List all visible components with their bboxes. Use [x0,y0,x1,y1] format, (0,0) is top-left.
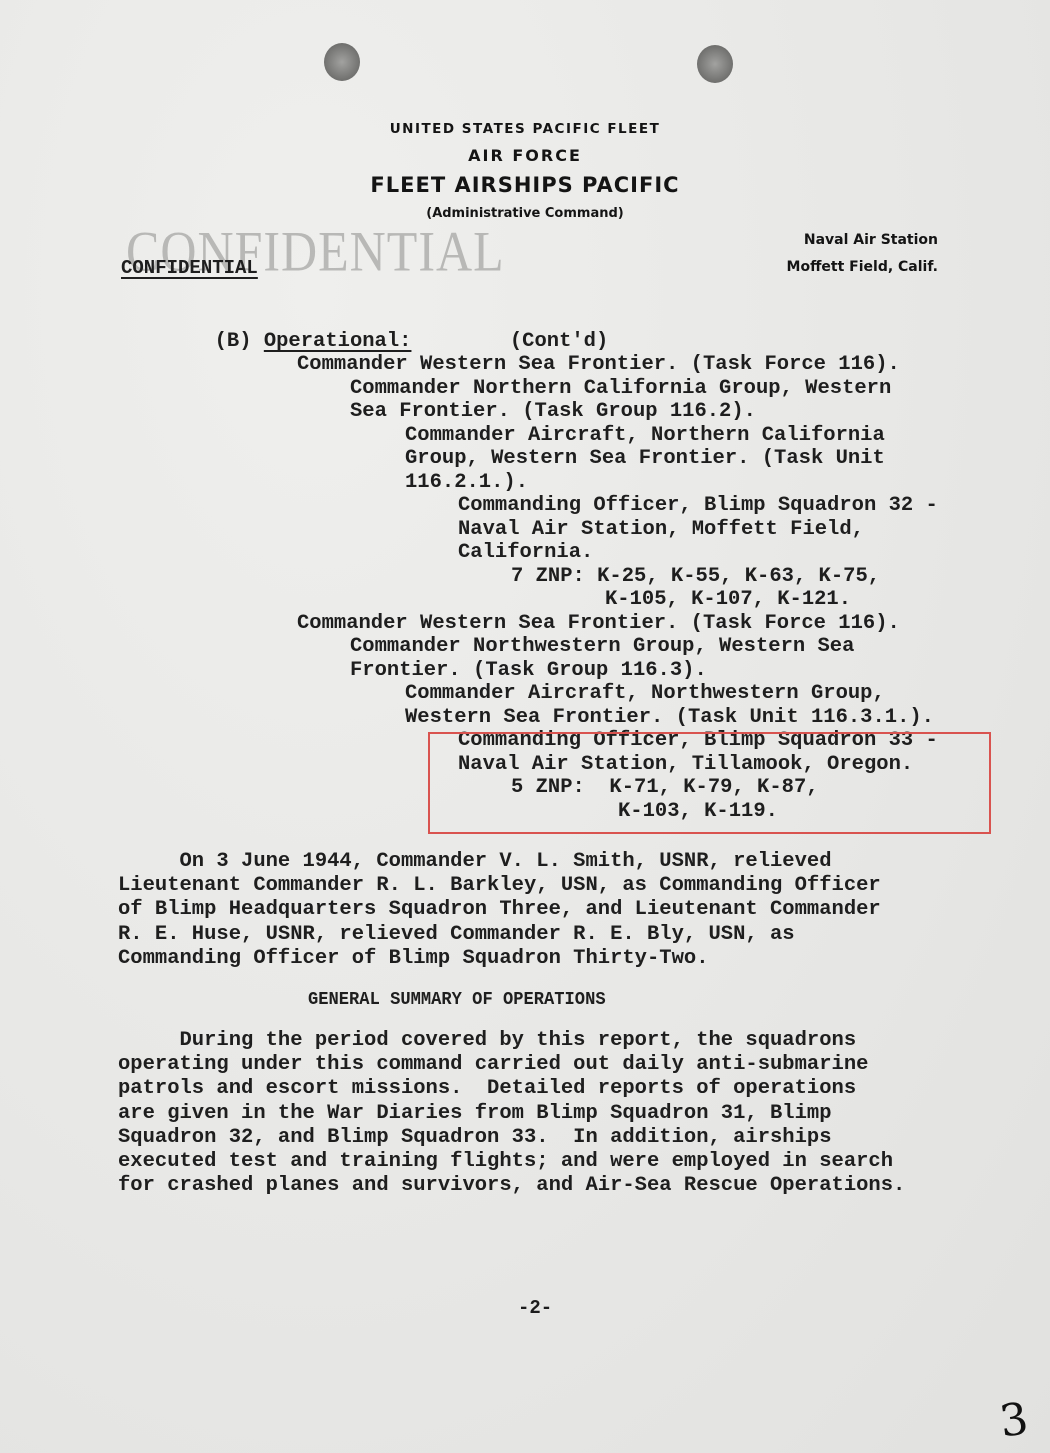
paragraph-line: Lieutenant Commander R. L. Barkley, USN,… [118,874,881,898]
paragraph-line: are given in the War Diaries from Blimp … [118,1102,832,1126]
paragraph-line: R. E. Huse, USNR, relieved Commander R. … [118,923,795,947]
punch-hole-left [324,43,360,81]
punch-hole-right [697,45,733,83]
paragraph-line: patrols and escort missions. Detailed re… [118,1077,856,1101]
org-chart-line: Commander Aircraft, Northwestern Group, [405,682,885,706]
classification-label: CONFIDENTIAL [121,256,258,280]
org-chart-line: Commander Northwestern Group, Western Se… [350,635,854,659]
station-location: Moffett Field, Calif. [787,259,938,275]
paragraph-line: Commanding Officer of Blimp Squadron Thi… [118,947,709,971]
handwritten-mark: 3 [997,1393,1032,1447]
paragraph-line: During the period covered by this report… [118,1029,856,1053]
page-number: -2- [518,1297,552,1319]
section-heading: (B) Operational: (Cont'd) [190,306,608,354]
letterhead-fleet: UNITED STATES PACIFIC FLEET [0,121,1050,137]
paragraph-line: executed test and training flights; and … [118,1150,893,1174]
org-chart-line: Commander Western Sea Frontier. (Task Fo… [297,612,900,636]
letterhead-air-force: AIR FORCE [0,146,1050,165]
org-chart-line: Commander Aircraft, Northern California [405,424,885,448]
section-prefix: (B) [215,330,252,353]
summary-heading: GENERAL SUMMARY OF OPERATIONS [308,988,606,1012]
org-chart-line: Commander Western Sea Frontier. (Task Fo… [297,353,900,377]
letterhead-title: FLEET AIRSHIPS PACIFIC [0,173,1050,197]
paragraph-line: operating under this command carried out… [118,1053,868,1077]
paragraph-line: On 3 June 1944, Commander V. L. Smith, U… [118,850,832,874]
org-chart-line: Commander Northern California Group, Wes… [350,377,891,401]
org-chart-line: 7 ZNP: K-25, K-55, K-63, K-75, [511,565,880,589]
org-chart-line: Western Sea Frontier. (Task Unit 116.3.1… [405,706,934,730]
highlight-box [428,732,991,834]
section-note: (Cont'd) [510,330,608,353]
paragraph-line: for crashed planes and survivors, and Ai… [118,1174,905,1198]
section-title: Operational: [264,330,412,353]
org-chart-line: Group, Western Sea Frontier. (Task Unit [405,447,885,471]
org-chart-line: Commanding Officer, Blimp Squadron 32 - [458,494,938,518]
org-chart-line: Frontier. (Task Group 116.3). [350,659,707,683]
station-name: Naval Air Station [804,232,938,248]
org-chart-line: K-105, K-107, K-121. [605,588,851,612]
org-chart-line: 116.2.1.). [405,471,528,495]
org-chart-line: California. [458,541,593,565]
org-chart-line: Naval Air Station, Moffett Field, [458,518,864,542]
paragraph-line: of Blimp Headquarters Squadron Three, an… [118,898,881,922]
paragraph-line: Squadron 32, and Blimp Squadron 33. In a… [118,1126,832,1150]
org-chart-line: Sea Frontier. (Task Group 116.2). [350,400,756,424]
